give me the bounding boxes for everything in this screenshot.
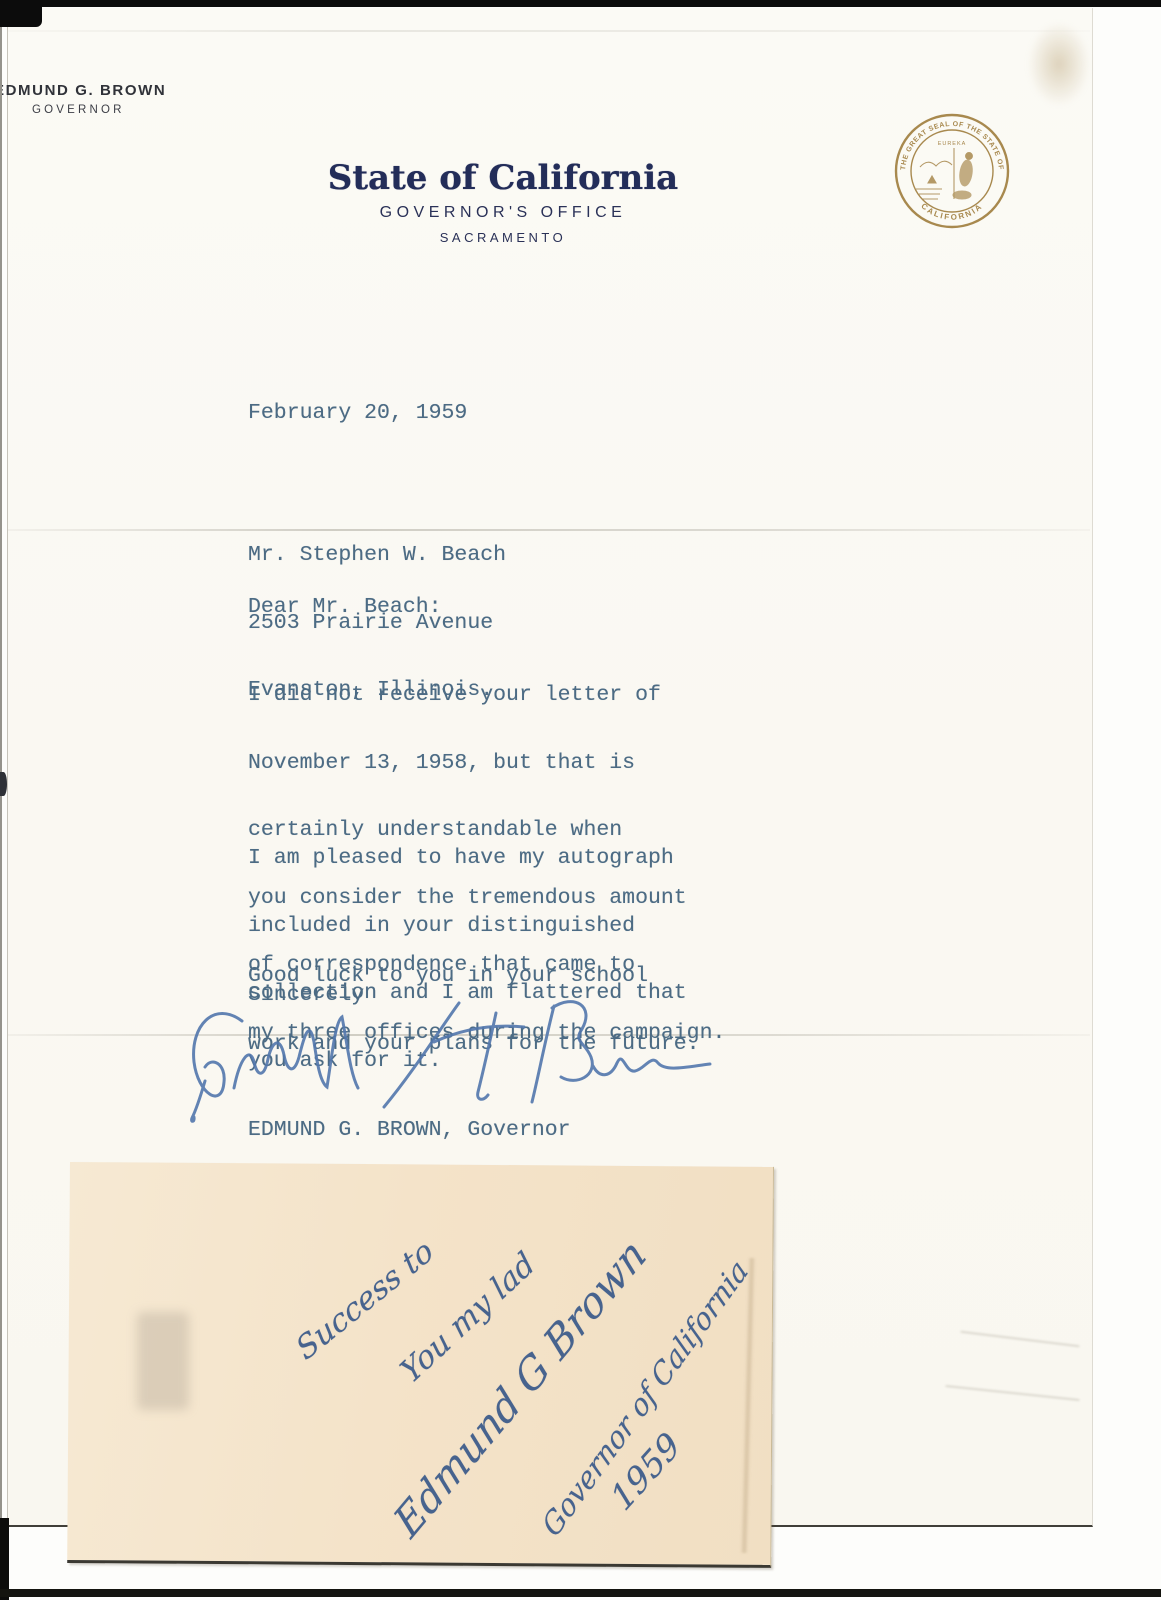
letterhead-sender-title: GOVERNOR [32,104,125,116]
fold-crease-middle [8,529,1090,531]
body-line: November 13, 1958, but that is [248,752,725,775]
body-line: I am pleased to have my autograph [248,847,687,870]
letterhead-sender-name: EDMUND G. BROWN [0,82,166,99]
scan-bottom-edge [0,1589,1161,1597]
letterhead-city-line: SACRAMENTO [440,230,567,245]
fold-crease-top [8,30,1090,32]
body-line: I did not receive your letter of [248,684,725,707]
seal-scene-artwork [916,148,974,199]
card-stain [137,1312,189,1410]
recipient-line: Mr. Stephen W. Beach [248,544,506,567]
seal-motto-text: EUREKA [938,141,967,147]
corner-stain [1028,22,1090,106]
governor-signature [172,986,717,1128]
typed-signature-name: EDMUND G. BROWN, Governor [248,1119,571,1142]
salutation: Dear Mr. Beach: [248,596,442,619]
scan-top-left-corner [0,0,42,27]
scan-bottom-left-edge [0,1518,9,1600]
scan-left-edge [0,6,2,1521]
seal-outer-ring [896,115,1008,227]
letterhead-office-line: GOVERNOR'S OFFICE [380,204,627,222]
edge-ink-mark [0,772,7,796]
letterhead-org-name: State of California [328,158,678,198]
scanned-letter-page: EDMUND G. BROWN GOVERNOR State of Califo… [0,0,1161,1600]
state-seal-icon: THE GREAT SEAL OF THE STATE OF CALIFORNI… [892,111,1012,231]
scan-top-edge [0,0,1161,7]
letter-date: February 20, 1959 [248,402,467,425]
